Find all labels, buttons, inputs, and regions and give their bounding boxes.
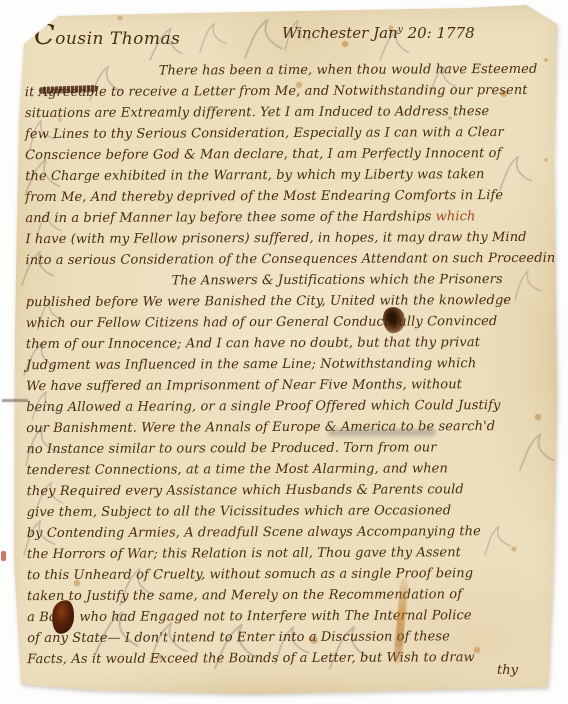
paper-edge-vignette — [0, 0, 568, 704]
paper-shadow-wrap: Cousin Thomas Winchester Jany 20: 1778 T… — [0, 0, 568, 704]
red-edge-mark — [1, 551, 6, 561]
photo-background: Cousin Thomas Winchester Jany 20: 1778 T… — [0, 0, 568, 704]
pencil-dash-mark — [2, 399, 28, 402]
letter-paper: Cousin Thomas Winchester Jany 20: 1778 T… — [0, 0, 568, 704]
